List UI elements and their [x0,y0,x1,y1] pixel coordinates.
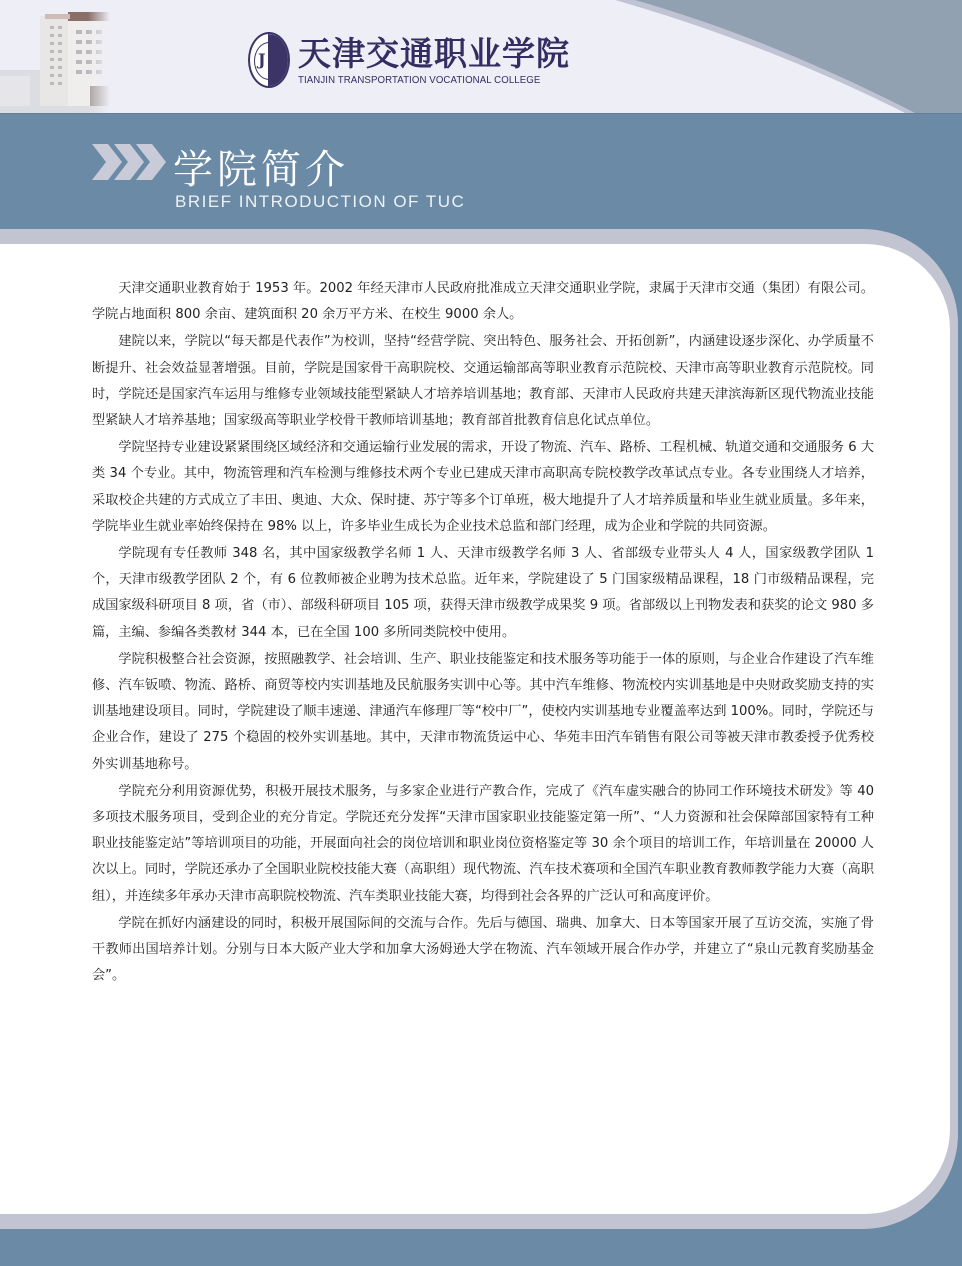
paragraph-achievements: 建院以来，学院以“每天都是代表作”为校训，坚持“经营学院、突出特色、服务社会、开… [92,329,874,434]
paragraph-technical-services: 学院充分利用资源优势，积极开展技术服务，与多家企业进行产教合作，完成了《汽车虚实… [92,779,874,910]
college-name-cn: 天津交通职业学院 [298,35,570,73]
paragraph-majors: 学院坚持专业建设紧紧围绕区域经济和交通运输行业发展的需求，开设了物流、汽车、路桥… [92,435,874,540]
paragraph-training-bases: 学院积极整合社会资源，按照融教学、社会培训、生产、职业技能鉴定和技术服务等功能于… [92,647,874,778]
campus-building-photo [0,0,110,113]
page-subtitle: BRIEF INTRODUCTION OF TUC [175,192,465,212]
college-name-en: TIANJIN TRANSPORTATION VOCATIONAL COLLEG… [298,74,548,86]
paragraph-international: 学院在抓好内涵建设的同时，积极开展国际间的交流与合作。先后与德国、瑞典、加拿大、… [92,911,874,990]
header-band: J 天津交通职业学院 TIANJIN TRANSPORTATION VOCATI… [0,0,962,113]
college-emblem-icon: J [248,32,290,88]
triple-chevron-icon [92,144,168,180]
college-logo: J 天津交通职业学院 TIANJIN TRANSPORTATION VOCATI… [248,32,570,88]
introduction-body: 天津交通职业教育始于 1953 年。2002 年经天津市人民政府批准成立天津交通… [92,276,874,989]
page-title: 学院简介 [173,138,349,195]
paragraph-faculty: 学院现有专任教师 348 名，其中国家级教学名师 1 人、天津市级教学名师 3 … [92,541,874,646]
paragraph-history: 天津交通职业教育始于 1953 年。2002 年经天津市人民政府批准成立天津交通… [92,276,874,328]
